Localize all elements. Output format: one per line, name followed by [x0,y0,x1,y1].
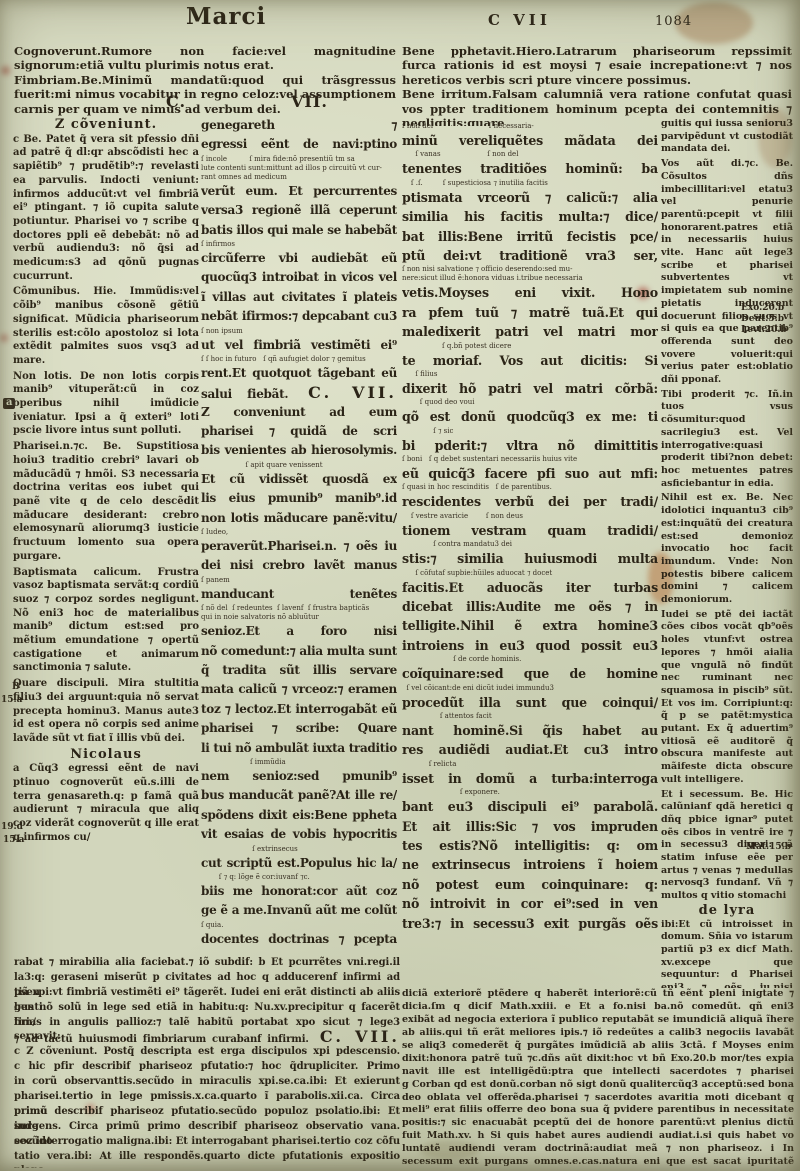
text-line: dicebat illis:Audite me oẽs ⁊ in [402,597,658,616]
interlinear-gloss-line: ſ ⁊ q: lõge ẽ cor:iuvanf ⁊c. [201,873,397,882]
interlinear-gloss-line: ſ vel cõicant:de eni dicũt iudei immundu… [402,684,658,693]
text-line: Et cũ vidissẽt quosdã ex discipu [201,470,397,489]
text-line: biis me honorat:cor aũt coz lon [201,882,397,901]
text-line: peraverũt.Pharisei.n. ⁊ oẽs iu [201,537,397,556]
text-line: bant eu3 discipuli ei⁹ parabolã. [402,797,658,816]
commentary-paragraph: a Cũq3 egressi eẽnt de navi ptinuo cogno… [13,762,199,844]
text-line: tenentes traditiões hominũ: ba [402,159,658,178]
text-line: nebãt ifirmos:⁊ depcabant cu3 [201,307,397,326]
chapter-heading: C. VII. [309,1027,400,1046]
text-line: tiã xpi:vt fimbriã vestimẽti ei⁹ tãgerẽt… [14,986,400,1001]
top-right-gloss-block: Bene pphetavit.Hiero.Latrarum phariseoru… [402,44,792,126]
text-line: la3:q: geraseni miserũt p civitates ad h… [14,971,400,986]
text-line: ra pfem tuũ ⁊ matrẽ tuã.Et qui [402,303,658,322]
text-line: ab aliis.qui tñ erãt meliores ipis.⁊ iõ … [402,1027,794,1040]
text-line: egressi eẽnt de navi:ptino pgno [201,135,397,154]
text-line: surgens. Circa primũ primo describif pha… [14,1120,400,1135]
text-line: dei nisi crebro lavẽt manus non [201,556,397,575]
commentary-paragraph: Non lotis. De non lotis corpis manib⁹ vi… [13,370,199,439]
text-line: ut vel fimbriã vestimẽti ei⁹ tãge [201,336,397,355]
text-line: se aliq3 comederẽt q̃ purgãtes imũdiciã … [402,1040,794,1053]
text-line: tionem vestram quam tradidi/ [402,521,658,540]
stain [0,334,8,342]
text-line: eũ quicq̃3 facere pfi suo aut mfi: [402,464,658,483]
text-line: maledixerit patri vel matri mor [402,322,658,341]
text-line: ptũ dei:vt traditionẽ vra3 ser, [402,246,658,265]
text-line: c Z cõveniunt. Postq̃ descripta est erga… [14,1045,400,1060]
commentary-paragraph: Vos aũt di.⁊c. Be. Cõsultos dñs imbecill… [661,158,793,387]
commentary-paragraph: c Be. Patet q̃ vera sit pfessio dñi ad p… [13,133,199,284]
left-margin-commentary: Z cõveniunt.c Be. Patet q̃ vera sit pfes… [13,117,199,959]
text-line: cut scriptũ est.Populus hic la/ [201,854,397,873]
text-line: qõ est donũ quodcũq3 ex me: ti [402,407,658,426]
text-line: rabat ⁊ mirabilia alia faciebat.⁊ iõ sub… [14,956,400,971]
scripture-reference: Deut.5.b [741,314,784,324]
scripture-reference: Levi.20.b [741,325,787,335]
text-line: genegareth ⁊ applicuerũt.Cũq3 [201,116,397,135]
text-line: in corũ observanttis.secũdo in miraculis… [14,1075,400,1090]
text-line: ptismata vrceorũ ⁊ calicũ:⁊ alia [402,188,658,207]
interlinear-gloss-line: ſ vanas ſ non del [402,150,658,159]
scripture-reference: Mat.15.b [746,842,791,852]
text-line: tatio vera.ibi: At ille respondẽs.quarto… [14,1150,400,1165]
text-line: Et ait illis:Sic ⁊ vos impruden [402,817,658,836]
text-line: bi pderit:⁊ vltra nõ dimittitis [402,436,658,455]
text-line: li tui nõ ambulãt iuxta traditio [201,739,397,758]
interlinear-gloss-line: ſ quod deo voui [402,398,658,407]
text-line: nõ introivit in cor ei⁹:sed in ven [402,894,658,913]
text-line: vit esaias de vobis hypocritis si [201,825,397,844]
commentary-paragraph: Fimbriam.Be.Minimũ mandatũ:quod qui trãs… [14,73,396,116]
text-line: mata calicũ ⁊ vrceoz:⁊ eramen [201,680,397,699]
interlinear-gloss-line: ſ cõfutaf supbie:hũiles aduocat ⁊ docet [402,569,658,578]
interlinear-gloss-line: ſ infirmos [201,240,397,249]
text-line: nõ comedunt:⁊ alia multa sunt [201,642,397,661]
chapter-heading: C. VII. [288,383,397,402]
bottom-left-commentary: rabat ⁊ mirabilia alia faciebat.⁊ iõ sub… [14,956,400,1168]
text-line: verũt eum. Et percurrentes vni [201,182,397,201]
chapter-heading: VII. [291,97,328,107]
interlinear-gloss-line: ſ vestre avaricie ſ non deus [402,512,658,521]
text-line: procedũt illa sunt que coinqui/ [402,693,658,712]
interlinear-gloss-line: ſ .ſ. ſ supesticiosa ⁊ inutilia facitis [402,179,658,188]
interlinear-gloss-line: ſ Iudeo, [201,528,397,537]
text-line: nem senioz:sed pmunib⁹ mani/ [201,767,397,786]
interlinear-gloss-line: ſ non ipsum [201,327,397,336]
interlinear-gloss-line: ſ boni ſ q debet sustentari necessariis … [402,455,658,464]
interlinear-gloss-line: ſ apit quare venissent [201,461,397,470]
text-line: ne extrinsecus introiens ĩ hoiem [402,855,658,874]
text-line: nant hominẽ.Si q̃is habet au [402,721,658,740]
text-line: diciã exteriorẽ ptẽdere q haberẽt interi… [402,988,794,1001]
text-line: tes estis?Nõ intelligitis: q: om [402,836,658,855]
running-title: Marci [186,3,266,30]
text-line: secessum exit purgans omnes.e.cas.natura… [402,1156,794,1169]
text-line: g Corban qd est donũ.corban nõ sigt donũ… [402,1079,794,1092]
commentary-paragraph: Pharisei.n.⁊c. Be. Supstitiosa hoiu3 tra… [13,440,199,563]
interlinear-gloss-line: ſ q.bñ potest dicere [402,342,658,351]
text-line: lis eius pmunib⁹ manib⁹.id est. [201,489,397,508]
scripture-reference: 15.a [1,695,23,705]
interlinear-gloss-line: ſ contra mandatu3 dei [402,540,658,549]
text-line: isset in domũ a turba:interroga [402,769,658,788]
chapter-heading: C. [166,97,186,107]
text-line: bis venientes ab hierosolymis. [201,441,397,460]
scripture-reference: Exo.20.b [741,303,784,313]
text-line: stis:⁊ similia huiusmodi multa [402,549,658,568]
right-main-text-column: ſ non del ſ necessaria-minũ vereliquẽtes… [402,122,658,940]
text-line: bus manducãt panẽ?At ille re/ [201,786,397,805]
interlinear-gloss-line: ſ quasi in hoc rescinditis ſ de parentib… [402,483,658,492]
text-line: positis:⁊ sic enacuabãt pceptũ dei de ho… [402,1117,794,1130]
text-line: minũ vereliquẽtes mãdata dei [402,131,658,150]
interlinear-gloss-line: ſ incole ſ mira fide:nõ presentiũ tm sa [201,155,397,164]
interlinear-gloss-line: ſ non nisi salvatione ⁊ officio deserend… [402,265,658,274]
interlinear-gloss-line: ſ nõ del ſ redeuntes ſ lavenf ſ frustra … [201,604,397,613]
interlinear-gloss-line: ſ de corde hominis. [402,655,658,664]
commentary-paragraph: guitis qui iussa senioru3 parvipẽdunt vt… [661,118,793,156]
text-line: c hic pfir describif phariseoz pfutatio:… [14,1060,400,1075]
text-line: spõdens dixit eis:Bene ppheta [201,806,397,825]
text-line: eoz interrogatio maligna.ibi: Et interro… [14,1135,400,1150]
interlinear-gloss-line: nere:sicut illud ẽ:honora viduas i.tribu… [402,274,658,283]
left-main-text-column: genegareth ⁊ applicuerũt.Cũq3egressi eẽn… [201,116,397,992]
interlinear-gloss-line: rant omnes ad medicum [201,173,397,182]
commentary-heading: Z cõveniunt. [13,118,199,132]
interlinear-gloss-line: ſ attentos facit [402,712,658,721]
chapter-header: C VII [488,11,551,29]
interlinear-gloss-line: ſ filius [402,370,658,379]
text-line: ⁊ ad tactũ huiusmodi fimbriarum curabanf… [14,1030,400,1045]
interlinear-gloss-line: ſ quia. [201,921,397,930]
text-line: batis illos qui male se habebãt [201,221,397,240]
text-line: fuit Math.xv. h Si quis habet aures audi… [402,1130,794,1143]
interlinear-gloss-line: lute contenti sunt:mittunt ad illos p ci… [201,164,397,173]
text-line: rent.Et quotquot tãgebant eũ [201,364,397,383]
commentary-paragraph: Iudei se ptẽ dei iactãt cões cibos vocãt… [661,609,793,787]
text-line: facitis.Et aduocãs iter turbas [402,578,658,597]
text-line: res audiẽdi audiat.Et cu3 intro [402,740,658,759]
commentary-paragraph: Tibi proderit ⁊c. Iñ.in tuos vsus cõsumi… [661,389,793,491]
text-line: introiens in eu3 quod possit eu3 [402,636,658,655]
scanned-book-page: Marci C VII 1084 Cognoverunt.Rumore non … [0,0,800,1171]
commentary-paragraph: ibi:Et cũ introisset in domum. Sñia vo i… [661,919,793,988]
text-line: non lotis mãducare panẽ:vitu/ [201,509,397,528]
top-left-gloss-block: Cognoverunt.Rumore non facie:vel magnitu… [14,44,396,116]
text-line: exibãt ad negocia exteriora ĩ publico re… [402,1014,794,1027]
text-line: vetis.Moyses eni vixit. Hono [402,283,658,302]
interlinear-gloss-line: ſ non del ſ necessaria- [402,122,658,131]
text-line: pharisei ⁊ quidã de scri [201,422,397,441]
text-line: ĩ villas aut civitates ĩ plateis po [201,288,397,307]
text-line: dixit:honora patrẽ tuũ ⁊c.dñs aũt dixit:… [402,1053,794,1066]
text-line: docentes doctrinas ⁊ pcepta ho [201,930,397,949]
text-line: rescidentes verbũ dei per tradi/ [402,492,658,511]
text-line: manducant tenẽtes traditiones [201,585,397,604]
text-line: similia his facitis multa:⁊ dice/ [402,207,658,226]
interlinear-gloss-line: ſ exponere. [402,788,658,797]
text-line: meli⁹ erat filiis offerre deo bona sua q… [402,1104,794,1117]
text-line: bat illis:Bene irritũ fecistis pce/ [402,227,658,246]
text-line: te moriaf. Vos aut dicitis: Si [402,351,658,370]
scripture-reference: a [3,398,15,409]
text-line: Z conveniunt ad eum [201,403,397,422]
text-line: salui fiebãt. C. VII. [201,383,397,402]
text-line: q̃ tradita sũt illis servare baptis [201,661,397,680]
text-line: versa3 regionẽ illã ceperunt in gra [201,201,397,220]
text-line: ge ẽ a me.Invanũ aũt me colũt [201,901,397,920]
scripture-reference: B [12,682,20,692]
text-line: nõ potest eum coinquinare: q: [402,875,658,894]
commentary-paragraph: Nihil est ex. Be. Nec idolotici inquantu… [661,492,793,606]
text-line: navit ille est intelligẽdũ:ptra que inte… [402,1066,794,1079]
folio-number: 1084 [655,14,692,29]
interlinear-gloss-line: ſ immũdia [201,758,397,767]
interlinear-gloss-line: ſ panem [201,576,397,585]
text-line: senioz.Et a foro nisi baptiçẽtur [201,622,397,641]
commentary-heading: de lyra [661,905,793,918]
text-line: primo describif phariseoz pfutatio.secũd… [14,1105,400,1120]
commentary-paragraph: Cognoverunt.Rumore non facie:vel magnitu… [14,44,396,73]
scripture-reference: 15.a [3,835,25,845]
scripture-reference: 19.d [1,822,23,832]
text-line: telligite.Nihil ẽ extra homine3 [402,616,658,635]
interlinear-gloss-line: ſ relicta [402,760,658,769]
commentary-paragraph: Bene pphetavit.Hiero.Latrarum phariseoru… [402,44,792,87]
text-line: tre3:⁊ in secessu3 exit purgãs oẽs [402,914,658,933]
text-line: deo oblata vel offerẽda.pharisei ⁊ sacer… [402,1092,794,1105]
interlinear-gloss-line: qui in noie salvatoris nõ abluũtur [201,613,397,622]
bottom-right-commentary: diciã exteriorẽ ptẽdere q haberẽt interi… [402,988,794,1170]
commentary-paragraph: Baptismata calicum. Frustra vasoz baptis… [13,566,199,676]
commentary-paragraph: Cõmunibus. Hie. Immũdis:vel cõib⁹ manibu… [13,285,199,367]
text-line: quocũq3 introibat in vicos vel [201,268,397,287]
text-line: dixerit hõ patri vel matri cõrbã: [402,379,658,398]
text-line: bus nõ solũ in lege sed etiã in habitu:q… [14,1001,400,1016]
interlinear-gloss-line: ſ ⁊ sic [402,427,658,436]
interlinear-gloss-line: ſ extrinsecus [201,845,397,854]
text-line: dicia.ſm q dicif Math.xxiii. e Et a fo.n… [402,1001,794,1014]
commentary-paragraph: Quare discipuli. Mira stultitia filiu3 d… [13,677,199,746]
text-line: pharisei ⁊ scribe: Quare discipu [201,719,397,738]
text-line: coĩquinare:sed que de homine [402,664,658,683]
text-line: toz ⁊ lectoz.Et interrogabãt eũ [201,700,397,719]
text-line: pharisei.tertio in lege pmissis.x.ca.qua… [14,1090,400,1105]
interlinear-gloss-line: ſ ſ hoc in futuro ſ qñ aufugiet dolor ⁊ … [201,355,397,364]
stain [1,66,10,75]
text-line: circũferre vbi audiebãt eũ esse:⁊ [201,249,397,268]
text-line: luntatẽ audiendi veram doctrinã:audiat m… [402,1143,794,1156]
right-margin-commentary: guitis qui iussa senioru3 parvipẽdunt vt… [661,118,793,988]
commentary-heading: Nicolaus [13,748,199,762]
